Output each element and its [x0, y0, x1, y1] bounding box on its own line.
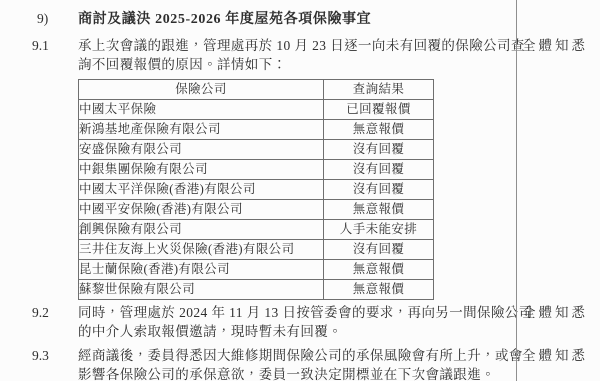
insurance-enquiry-table: 保險公司 查詢結果 中國太平保險已回覆報價新鴻基地產保險有限公司無意報價安盛保險…: [78, 79, 434, 300]
table-row: 中國平安保險(香港)有限公司無意報價: [79, 200, 434, 220]
item-9-3: 9.3 經商議後，委員得悉因大維修期間保險公司的承保風險會有所上升，或會 影響各…: [0, 346, 600, 381]
item-number: 9.2: [0, 303, 78, 322]
item-body: 經商議後，委員得悉因大維修期間保險公司的承保風險會有所上升，或會 影響各保險公司…: [78, 346, 516, 381]
status-label: 全體知悉: [516, 303, 600, 322]
table-header-result: 查詢結果: [324, 80, 434, 100]
result-cell: 已回覆報價: [324, 100, 434, 120]
body-line: 詢不回覆報價的原因。詳情如下：: [78, 55, 516, 74]
resolution-column-divider: [516, 0, 517, 381]
company-cell: 昆士蘭保險(香港)有限公司: [79, 260, 324, 280]
table-row: 新鴻基地產保險有限公司無意報價: [79, 120, 434, 140]
table-row: 昆士蘭保險(香港)有限公司無意報價: [79, 260, 434, 280]
section-title-wrap: 商討及議決 2025-2026 年度屋苑各項保險事宜: [78, 9, 516, 29]
table-header-company: 保險公司: [79, 80, 324, 100]
table-row: 蘇黎世保險有限公司無意報價: [79, 280, 434, 300]
item-body: 同時，管理處於 2024 年 11 月 13 日按管委會的要求，再向另一間保險公…: [78, 303, 516, 341]
item-9-2: 9.2 同時，管理處於 2024 年 11 月 13 日按管委會的要求，再向另一…: [0, 303, 600, 341]
result-cell: 沒有回覆: [324, 160, 434, 180]
company-cell: 新鴻基地產保險有限公司: [79, 120, 324, 140]
item-9-1: 9.1 承上次會議的跟進，管理處再於 10 月 23 日逐一向未有回覆的保險公司…: [0, 36, 600, 300]
company-cell: 中銀集團保險有限公司: [79, 160, 324, 180]
body-line: 經商議後，委員得悉因大維修期間保險公司的承保風險會有所上升，或會: [78, 346, 516, 365]
item-number: 9.3: [0, 346, 78, 365]
table-row: 中國太平保險已回覆報價: [79, 100, 434, 120]
body-line: 的中介人索取報價邀請，現時暫未有回覆。: [78, 322, 516, 341]
table-head: 保險公司 查詢結果: [79, 80, 434, 100]
table-row: 中銀集團保險有限公司沒有回覆: [79, 160, 434, 180]
result-cell: 人手未能安排: [324, 220, 434, 240]
company-cell: 安盛保險有限公司: [79, 140, 324, 160]
company-cell: 中國太平保險: [79, 100, 324, 120]
insurance-table-body: 中國太平保險已回覆報價新鴻基地產保險有限公司無意報價安盛保險有限公司沒有回覆中銀…: [79, 100, 434, 300]
result-cell: 沒有回覆: [324, 180, 434, 200]
company-cell: 中國平安保險(香港)有限公司: [79, 200, 324, 220]
table-header-row: 保險公司 查詢結果: [79, 80, 434, 100]
table-row: 創興保險有限公司人手未能安排: [79, 220, 434, 240]
company-cell: 創興保險有限公司: [79, 220, 324, 240]
result-cell: 無意報價: [324, 120, 434, 140]
section-heading: 9) 商討及議決 2025-2026 年度屋苑各項保險事宜: [0, 9, 600, 29]
result-cell: 無意報價: [324, 280, 434, 300]
status-label: 全體知悉: [516, 346, 600, 365]
company-cell: 蘇黎世保險有限公司: [79, 280, 324, 300]
body-line: 承上次會議的跟進，管理處再於 10 月 23 日逐一向未有回覆的保險公司查: [78, 36, 516, 55]
item-number: 9.1: [0, 36, 78, 55]
table-row: 中國太平洋保險(香港)有限公司沒有回覆: [79, 180, 434, 200]
status-label: 全體知悉: [516, 36, 600, 55]
section-title: 商討及議決 2025-2026 年度屋苑各項保險事宜: [78, 12, 371, 27]
result-cell: 沒有回覆: [324, 140, 434, 160]
table-row: 三井住友海上火災保險(香港)有限公司沒有回覆: [79, 240, 434, 260]
body-line: 同時，管理處於 2024 年 11 月 13 日按管委會的要求，再向另一間保險公…: [78, 303, 516, 322]
result-cell: 沒有回覆: [324, 240, 434, 260]
table-row: 安盛保險有限公司沒有回覆: [79, 140, 434, 160]
section-number: 9): [0, 9, 78, 28]
body-line: 影響各保險公司的承保意欲，委員一致決定開標並在下次會議跟進。: [78, 365, 516, 381]
company-cell: 三井住友海上火災保險(香港)有限公司: [79, 240, 324, 260]
company-cell: 中國太平洋保險(香港)有限公司: [79, 180, 324, 200]
item-body: 承上次會議的跟進，管理處再於 10 月 23 日逐一向未有回覆的保險公司查 詢不…: [78, 36, 516, 300]
minutes-page: 9) 商討及議決 2025-2026 年度屋苑各項保險事宜 9.1 承上次會議的…: [0, 0, 600, 381]
result-cell: 無意報價: [324, 200, 434, 220]
result-cell: 無意報價: [324, 260, 434, 280]
